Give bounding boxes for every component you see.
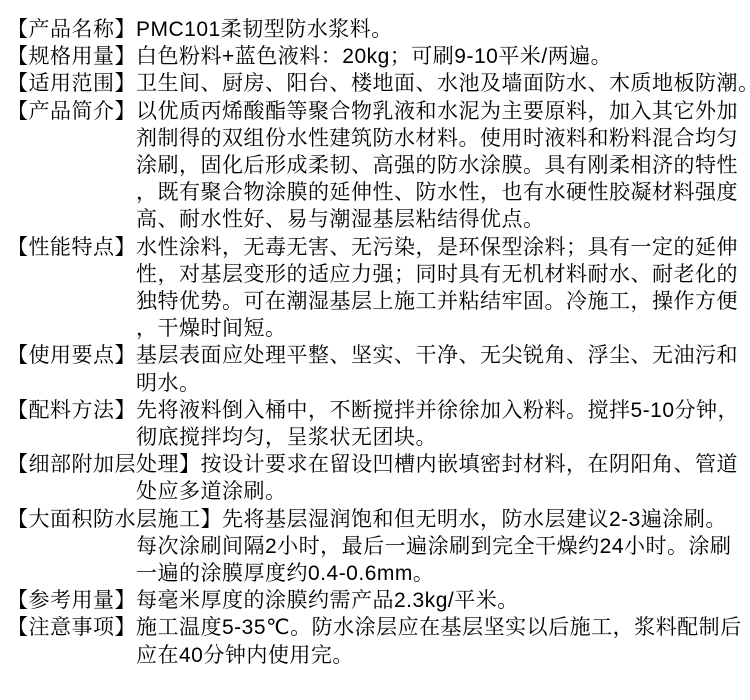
spec-text-line: 每次涂刷间隔2小时，最后一遍涂刷到完全干燥约24小时。涂刷: [136, 533, 750, 560]
spec-label: 【产品名称】: [7, 18, 136, 41]
spec-entry-reference-dosage: 【参考用量】每毫米厚度的涂膜约需产品2.3kg/平米。: [7, 587, 750, 614]
spec-label: 【产品简介】: [7, 100, 136, 123]
spec-label: 【大面积防水层施工】: [7, 508, 222, 531]
spec-entry-mixing-method: 【配料方法】先将液料倒入桶中，不断搅拌并徐徐加入粉料。搅拌5-10分钟， 彻底搅…: [7, 397, 750, 451]
spec-entry-detail-layer-treatment: 【细部附加层处理】按设计要求在留设凹槽内嵌填密封材料，在阴阳角、管道 处应多道涂…: [7, 451, 750, 505]
spec-text-line: 先将液料倒入桶中，不断搅拌并徐徐加入粉料。搅拌5-10分钟，: [136, 399, 739, 422]
spec-text-line: 基层表面应处理平整、坚实、干净、无尖锐角、浮尘、无油污和: [136, 344, 738, 367]
spec-text-line: ，干燥时间短。: [136, 315, 750, 342]
spec-entry-usage-points: 【使用要点】基层表面应处理平整、坚实、干净、无尖锐角、浮尘、无油污和 明水。: [7, 342, 750, 396]
spec-text-line: 应在40分钟内使用完。: [136, 642, 750, 669]
spec-label: 【参考用量】: [7, 589, 136, 612]
spec-entry-performance-features: 【性能特点】水性涂料，无毒无害、无污染，是环保型涂料；具有一定的延伸 性，对基层…: [7, 234, 750, 343]
spec-text-line: 剂制得的双组份水性建筑防水材料。使用时液料和粉料混合均匀: [136, 125, 750, 152]
spec-label: 【使用要点】: [7, 344, 136, 367]
spec-label: 【配料方法】: [7, 399, 136, 422]
spec-label: 【注意事项】: [7, 616, 136, 639]
spec-entry-application-range: 【适用范围】卫生间、厨房、阳台、楼地面、水池及墙面防水、木质地板防潮。: [7, 70, 750, 97]
spec-entry-large-area-construction: 【大面积防水层施工】先将基层湿润饱和但无明水，防水层建议2-3遍涂刷。 每次涂刷…: [7, 506, 750, 588]
spec-text-line: 白色粉料+蓝色液料：20kg；可刷9-10平米/两遍。: [136, 45, 612, 68]
spec-text-line: 水性涂料，无毒无害、无污染，是环保型涂料；具有一定的延伸: [136, 236, 738, 259]
spec-text-line: 每毫米厚度的涂膜约需产品2.3kg/平米。: [136, 589, 519, 612]
spec-text-line: 彻底搅拌均匀，呈浆状无团块。: [136, 424, 750, 451]
spec-label: 【性能特点】: [7, 236, 136, 259]
spec-text-line: PMC101柔韧型防水浆料。: [136, 18, 393, 41]
spec-text-line: ，既有聚合物涂膜的延伸性、防水性，也有水硬性胶凝材料强度: [136, 179, 750, 206]
spec-entry-spec-quantity: 【规格用量】白色粉料+蓝色液料：20kg；可刷9-10平米/两遍。: [7, 43, 750, 70]
spec-text-line: 施工温度5-35℃。防水涂层应在基层坚实以后施工，浆料配制后: [136, 616, 742, 639]
spec-text-line: 卫生间、厨房、阳台、楼地面、水池及墙面防水、木质地板防潮。: [136, 72, 750, 95]
spec-text-line: 先将基层湿润饱和但无明水，防水层建议2-3遍涂刷。: [222, 508, 727, 531]
spec-text-line: 高、耐水性好、易与潮湿基层粘结得优点。: [136, 206, 750, 233]
product-spec-document: 【产品名称】PMC101柔韧型防水浆料。 【规格用量】白色粉料+蓝色液料：20k…: [0, 0, 750, 669]
spec-text-line: 性，对基层变形的适应力强；同时具有无机材料耐水、耐老化的: [136, 261, 750, 288]
spec-text-line: 以优质丙烯酸酯等聚合物乳液和水泥为主要原料，加入其它外加: [136, 100, 738, 123]
spec-entry-product-name: 【产品名称】PMC101柔韧型防水浆料。: [7, 16, 750, 43]
spec-text-line: 一遍的涂膜厚度约0.4-0.6mm。: [136, 560, 750, 587]
spec-text-line: 明水。: [136, 370, 750, 397]
spec-text-line: 按设计要求在留设凹槽内嵌填密封材料，在阴阳角、管道: [201, 453, 739, 476]
spec-label: 【规格用量】: [7, 45, 136, 68]
spec-text-line: 独特优势。可在潮湿基层上施工并粘结牢固。冷施工，操作方便: [136, 288, 750, 315]
spec-entry-precautions: 【注意事项】施工温度5-35℃。防水涂层应在基层坚实以后施工，浆料配制后 应在4…: [7, 614, 750, 668]
spec-text-line: 处应多道涂刷。: [136, 478, 750, 505]
spec-text-line: 涂刷，固化后形成柔韧、高强的防水涂膜。具有刚柔相济的特性: [136, 152, 750, 179]
spec-entry-product-introduction: 【产品简介】以优质丙烯酸酯等聚合物乳液和水泥为主要原料，加入其它外加 剂制得的双…: [7, 98, 750, 234]
spec-label: 【适用范围】: [7, 72, 136, 95]
spec-label: 【细部附加层处理】: [7, 453, 201, 476]
